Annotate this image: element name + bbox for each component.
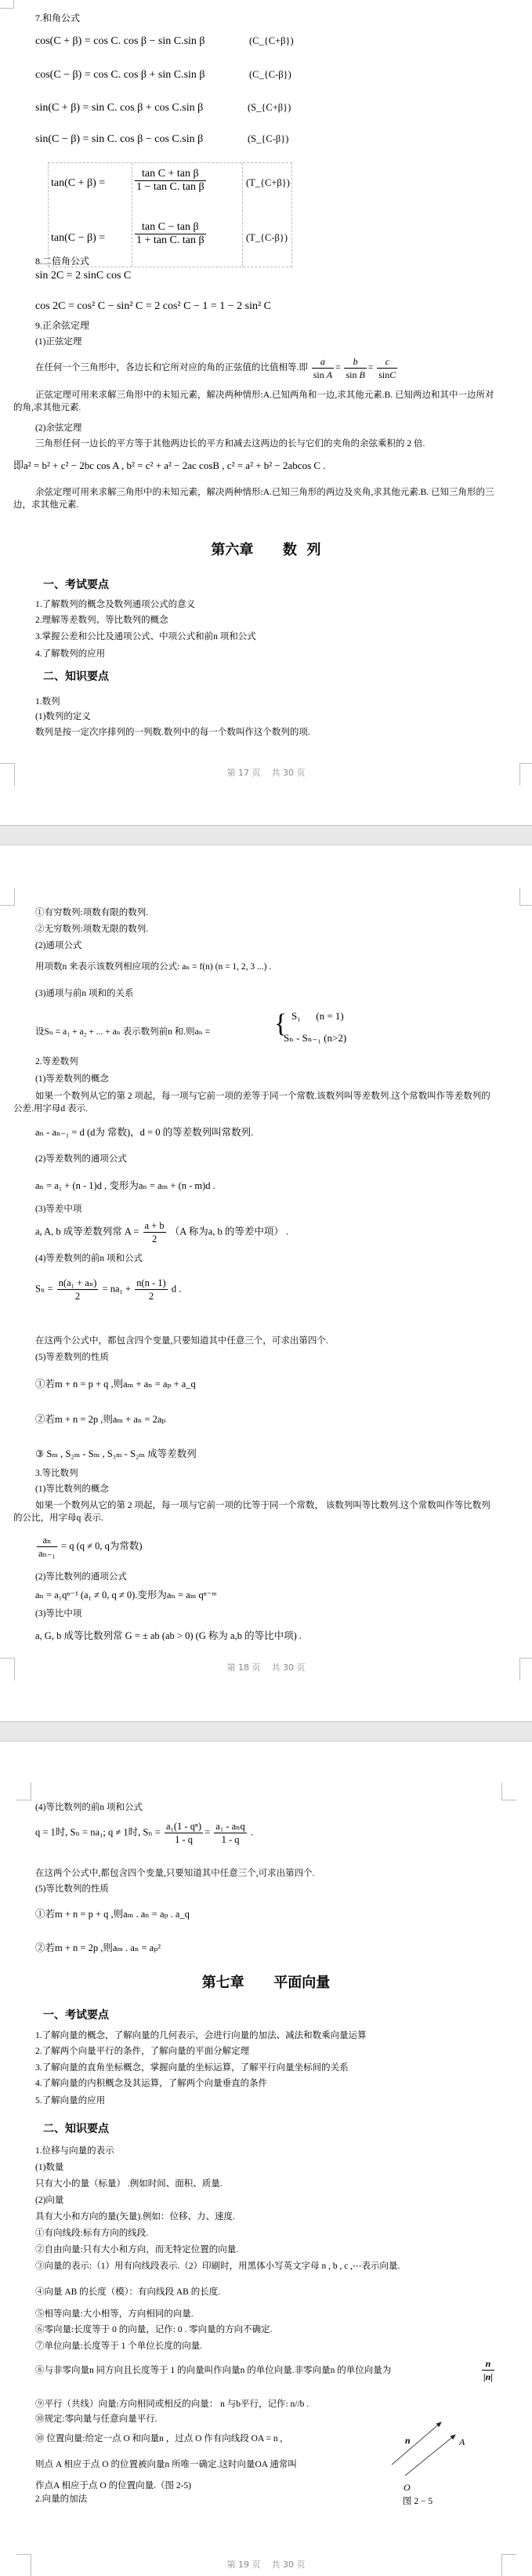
list-item: 5.了解向量的应用 bbox=[35, 2095, 105, 2107]
list-item: 1.了解向量的概念，了解向量的几何表示，会进行向量的加法、减法和数乘向量运算 bbox=[35, 2029, 367, 2042]
formula-geo-mean: a, G, b 成等比数列常 G = ± ab (ab > 0) (G 称为 a… bbox=[35, 1630, 302, 1642]
formula-cosine-law: 即a² = b² + c² − 2bc cos A , b² = c² + a²… bbox=[13, 460, 326, 472]
paragraph: 如果一个数列从它的第 2 项起，每一项与它前一项的差等于同一个常数.该数列叫等差… bbox=[13, 1090, 499, 1115]
list-item: ⑦单位向量:长度等于 1 个单位长度的向量. bbox=[35, 2340, 202, 2353]
list-item: ⑩规定:零向量与任意向量平行. bbox=[35, 2413, 157, 2425]
page-separator bbox=[0, 825, 532, 845]
subsection-title: (4)等比数列的前n 项和公式 bbox=[35, 1801, 143, 1814]
page-footer: 第 17 页 共 30 页 bbox=[0, 766, 532, 779]
tan-plus-lhs: tan(C + β) = bbox=[51, 177, 105, 190]
formula-arith-sum: Sₙ = n(a₁ + aₙ)2 = na₁ + n(n - 1)2 d . bbox=[35, 1277, 181, 1303]
subsection-title: 3.等比数列 bbox=[35, 1467, 78, 1480]
list-item: ①有穷数列:项数有限的数列. bbox=[35, 907, 148, 919]
page-corner-mark bbox=[0, 888, 15, 906]
formula-arith-mean: a, A, b 成等差数列常 A = a + b2 （A 称为a, b 的等差中… bbox=[35, 1219, 288, 1245]
list-item: 作点A 相应于点 O 的位置向量.（图 2-5) bbox=[35, 2480, 191, 2492]
formula-arith-general: aₙ = a₁ + (n - 1)d , 变形为aₙ = aₘ + (n - m… bbox=[35, 1179, 215, 1192]
subsection-title: (1)等比数列的概念 bbox=[35, 1483, 109, 1495]
list-item: ⑥零向量:长度等于 0 的向量，记作: 0 . 零向量的方向不确定. bbox=[35, 2323, 273, 2336]
formula-label: (S_{C+β}) bbox=[248, 102, 291, 114]
formula-label: (T_{C+β}) bbox=[246, 177, 290, 189]
subsection-title: (3)等差中项 bbox=[35, 1203, 81, 1215]
subsection-title: (1)正弦定理 bbox=[35, 336, 81, 348]
paragraph: 如果一个数列从它的第 2 项起，每一项与它前一项的比等于同一个常数， 该数列叫等… bbox=[13, 1499, 499, 1524]
formula-sin-plus: sin(C + β) = sin C. cos β + cos C.sin β bbox=[35, 102, 203, 114]
figure-label-o: O bbox=[404, 2481, 411, 2494]
subsection-title: (3)等比中项 bbox=[35, 1608, 81, 1620]
property-item: ①若m + n = p + q ,则aₘ . aₙ = aₚ . a_q bbox=[35, 1908, 190, 1920]
figure-label-a: A bbox=[459, 2436, 465, 2448]
page-separator bbox=[0, 1721, 532, 1742]
subsection-title: (2)等差数列的通项公式 bbox=[35, 1153, 127, 1165]
list-item: ⑧与非零向量n 同方向且长度等于 1 的向量叫作向量n 的单位向量.非零向量n … bbox=[35, 2364, 391, 2377]
formula-sin-minus: sin(C − β) = sin C. cos β − cos C.sin β bbox=[35, 133, 203, 146]
formula-common-ratio: aₙaₙ₋₁ = q (q ≠ 0, q为常数) bbox=[35, 1534, 143, 1560]
tan-minus-lhs: tan(C − β) = bbox=[51, 232, 105, 245]
list-item: ⑩ 位置向量:给定一点 O 和向量n ，过点 O 作有向线段 OA = n , bbox=[35, 2432, 282, 2445]
list-item: 1.了解数列的概念及数列通项公式的意义 bbox=[35, 598, 195, 611]
list-item: ⑤相等向量:大小相等，方向相同的向量. bbox=[35, 2308, 194, 2320]
page-corner-mark bbox=[501, 1782, 516, 1800]
subsection-title: (4)等差数列的前n 项和公式 bbox=[35, 1252, 143, 1265]
fraction: csinC bbox=[377, 355, 397, 381]
formula-label: (T_{C-β}) bbox=[246, 232, 288, 244]
list-item: ④向量 AB 的长度（模）：有向线段 AB 的长度. bbox=[35, 2286, 220, 2298]
page-footer: 第 18 页 共 30 页 bbox=[0, 1661, 532, 1673]
paragraph: 余弦定理可用来求解三角形中的未知元素，解决两种情形:A.已知三角形的两边及夹角,… bbox=[13, 486, 499, 511]
list-item: 3.了解向量的直角坐标概念，掌握向量的坐标运算，了解平行向量坐标间的关系 bbox=[35, 2062, 349, 2074]
formula-cos-minus: cos(C − β) = cos C. cos β + sin C.sin β bbox=[35, 69, 205, 82]
fraction: asin A bbox=[312, 355, 334, 381]
formula-label: (S_{C-β}) bbox=[248, 133, 288, 145]
subsection-title: (5)等差数列的性质 bbox=[35, 1351, 109, 1364]
page-18: ①有穷数列:项数有限的数列. ②无穷数列:项数无限的数列. (2)通项公式 用项… bbox=[0, 845, 532, 1700]
section-title: 7.和角公式 bbox=[35, 12, 80, 24]
section-title: 9.正余弦定理 bbox=[35, 319, 89, 332]
page-corner-mark bbox=[519, 888, 532, 906]
page-19: (4)等比数列的前n 项和公式 q = 1时, Sₙ = na₁; q ≠ 1时… bbox=[0, 1742, 532, 2576]
subsection-title: (2)向量 bbox=[35, 2194, 63, 2207]
formula-sin2: sin 2C = 2 sinC cos C bbox=[35, 270, 131, 282]
list-item: ⑨平行（共线）向量:方向相同或相反的向量： n 与b平行，记作: n//b . bbox=[35, 2398, 309, 2411]
piecewise-case-1: S₁ (n = 1) bbox=[291, 1010, 344, 1023]
section-heading: 二、知识要点 bbox=[43, 668, 109, 684]
section-heading: 二、知识要点 bbox=[43, 2120, 109, 2136]
subsection-title: 1.位移与向量的表示 bbox=[35, 2145, 114, 2157]
subsection-title: (2)余弦定理 bbox=[35, 422, 81, 434]
paragraph: 在这两个公式中，都包含四个变量,只要知道其中任意三个，可求出第四个. bbox=[35, 1335, 328, 1347]
page-corner-mark bbox=[16, 1782, 31, 1800]
list-item: 3.掌握公差和公比及通项公式、中项公式和前n 项和公式 bbox=[35, 630, 256, 643]
subsection-title: (1)等差数列的概念 bbox=[35, 1073, 109, 1085]
list-item: 2.了解两个向量平行的条件，了解向量的平面分解定理 bbox=[35, 2045, 249, 2058]
piecewise-case-2: Sₙ - Sₙ₋₁ (n>2) bbox=[284, 1032, 346, 1045]
list-item: ②无穷数列:项数无限的数列. bbox=[35, 923, 148, 936]
property-item: ②若m + n = 2p ,则aₘ + aₙ = 2aₚ bbox=[35, 1413, 165, 1426]
subsection-title: (3)通项与前n 项和的关系 bbox=[35, 987, 134, 1000]
figure-label-n: n bbox=[405, 2434, 411, 2447]
formula-sum-relation: 设Sₙ = a₁ + a₂ + ... + aₙ 表示数列前n 和.则aₙ = bbox=[35, 1026, 210, 1038]
subsection-title: (2)等比数列的通项公式 bbox=[35, 1571, 127, 1583]
formula-geo-sum: q = 1时, Sₙ = na₁; q ≠ 1时, Sₙ = a₁(1 - qⁿ… bbox=[35, 1820, 253, 1846]
page-footer: 第 19 页 共 30 页 bbox=[0, 2558, 532, 2571]
paragraph: 数列是按一定次序排列的一列数.数列中的每一个数叫作这个数列的项. bbox=[35, 726, 310, 739]
subsection-title: (2)通项公式 bbox=[35, 939, 81, 952]
list-item: 2.理解等差数列、等比数列的概念 bbox=[35, 614, 168, 627]
tan-formula-table: tan(C + β) = tan C + tan β1 − tan C. tan… bbox=[48, 162, 292, 267]
subsection-title: 1.数列 bbox=[35, 696, 60, 708]
page-corner-mark bbox=[0, 0, 14, 9]
subsection-title: (1)数列的定义 bbox=[35, 710, 91, 723]
formula-cos2: cos 2C = cos² C − sin² C = 2 cos² C − 1 … bbox=[35, 300, 271, 313]
subsection-title: 2.向量的加法 bbox=[35, 2493, 87, 2505]
fraction: bsin B bbox=[344, 355, 366, 381]
chapter-title: 第六章 数 列 bbox=[0, 539, 532, 559]
vector-figure-2-5 bbox=[388, 2418, 474, 2480]
subsection-title: (5)等比数列的性质 bbox=[35, 1883, 109, 1895]
section-title: 8.二倍角公式 bbox=[35, 255, 89, 267]
list-item: ③向量的表示:（1）用有向线段表示.（2）印刷时，用黑体小写英文字母 n , b… bbox=[35, 2260, 400, 2273]
page-17: 7.和角公式 cos(C + β) = cos C. cos β − sin C… bbox=[0, 0, 532, 792]
tan-plus-fraction: tan C + tan β1 − tan C. tan β bbox=[135, 168, 206, 194]
list-item: 4.了解数列的应用 bbox=[35, 648, 105, 660]
paragraph: 在这两个公式中,都包含四个变量,只要知道其中任意三个,可求出第四个. bbox=[35, 1867, 315, 1880]
figure-caption: 图 2 − 5 bbox=[403, 2495, 432, 2508]
list-item: ①有向线段:标有方向的线段. bbox=[35, 2227, 148, 2240]
list-item: ②自由向量:只有大小和方向，而无特定位置的向量. bbox=[35, 2244, 238, 2256]
section-heading: 一、考试要点 bbox=[43, 576, 109, 592]
property-item: ③ Sₘ , S₂ₘ - Sₘ , S₃ₘ - S₂ₘ 成等差数列 bbox=[35, 1448, 197, 1460]
formula-label: (C_{C-β}) bbox=[249, 69, 291, 81]
formula-geo-general: aₙ = a₁qⁿ⁻¹ (a₁ ≠ 0, q ≠ 0).变形为aₙ = aₘ q… bbox=[35, 1589, 216, 1601]
list-item: 4.了解向量的内积概念及其运算，了解两个向量垂直的条件 bbox=[35, 2077, 267, 2090]
paragraph: 在任何一个三角形中，各边长和它所对应的角的正弦值的比值相等.即 asin A= … bbox=[35, 355, 399, 381]
paragraph: 三角形任何一边长的平方等于其他两边长的平方和减去这两边的长与它们的夹角的余弦乘积… bbox=[35, 438, 425, 450]
section-heading: 一、考试要点 bbox=[43, 2007, 109, 2022]
formula-general-term: 用项数n 来表示该数列相应项的公式: aₙ = f(n) (n = 1, 2, … bbox=[35, 961, 271, 973]
property-item: ①若m + n = p + q ,则aₘ + aₙ = aₚ + a_q bbox=[35, 1378, 196, 1390]
paragraph: 具有大小和方向的量(矢量).例如：位移、力、速度. bbox=[35, 2211, 235, 2223]
subsection-title: (1)数量 bbox=[35, 2161, 63, 2174]
fraction: a + b2 bbox=[143, 1219, 166, 1245]
formula-label: (C_{C+β}) bbox=[249, 35, 294, 47]
paragraph: 正弦定理可用来求解三角形中的未知元素，解决两种情形:A.已知两角和一边,求其他元… bbox=[13, 389, 499, 414]
formula-common-difference: aₙ - aₙ₋₁ = d (d为 常数)，d = 0 的等差数列叫常数列. bbox=[35, 1126, 253, 1139]
tan-minus-fraction: tan C − tan β1 + tan C. tan β bbox=[135, 221, 206, 247]
unit-vector-fraction: n|n| bbox=[480, 2357, 496, 2383]
list-item: 则点 A 相应于点 O 的位置被向量n 所唯一确定.这时向量OA 通常叫 bbox=[35, 2458, 297, 2471]
formula-cos-plus: cos(C + β) = cos C. cos β − sin C.sin β bbox=[35, 35, 205, 48]
subsection-title: 2.等差数列 bbox=[35, 1055, 78, 1068]
chapter-title: 第七章 平面向量 bbox=[0, 1971, 532, 1992]
paragraph: 只有大小的量（标量） .例如时间、面积、质量. bbox=[35, 2178, 223, 2190]
property-item: ②若m + n = 2p ,则aₘ . aₙ = aₚ² bbox=[35, 1942, 161, 1954]
